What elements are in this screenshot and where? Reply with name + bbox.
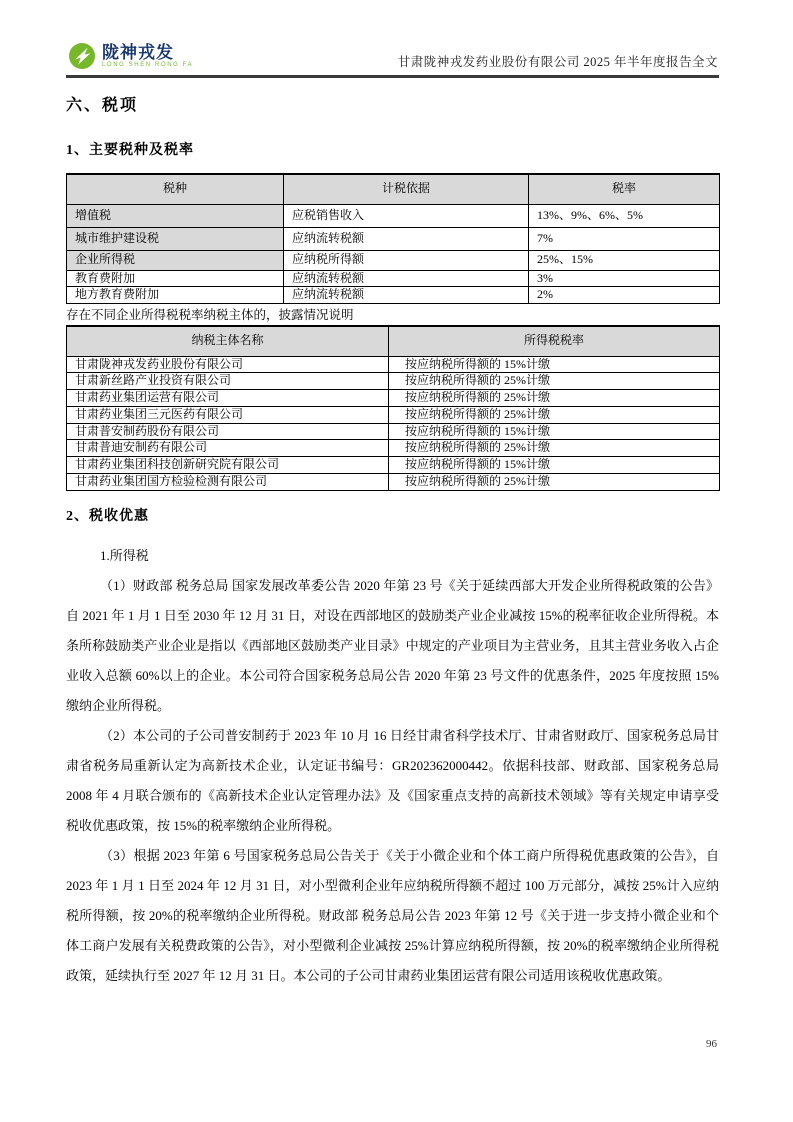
table-cell: 甘肃药业集团科技创新研究院有限公司 [67, 457, 389, 474]
company-logo: 陇神戎发 LONG SHEN RONG FA [68, 42, 193, 70]
table-row: 甘肃普安制药股份有限公司按应纳税所得额的 15%计缴 [67, 423, 720, 440]
taxpayer-entity-table-body: 甘肃陇神戎发药业股份有限公司按应纳税所得额的 15%计缴甘肃新丝路产业投资有限公… [67, 356, 720, 490]
logo-bird-icon [68, 42, 96, 70]
income-tax-label: 1.所得税 [66, 541, 719, 571]
table-row: 甘肃药业集团运营有限公司按应纳税所得额的 25%计缴 [67, 390, 720, 407]
subsection-title-incentives: 2、税收优惠 [66, 505, 149, 525]
table-cell: 应纳税所得额 [284, 250, 529, 270]
table-cell: 3% [529, 270, 720, 287]
table-cell: 企业所得税 [67, 250, 284, 270]
page-number: 96 [706, 1038, 717, 1050]
table-header-row: 税种 计税依据 税率 [67, 174, 720, 204]
table-row: 甘肃新丝路产业投资有限公司按应纳税所得额的 25%计缴 [67, 373, 720, 390]
table-cell: 7% [529, 227, 720, 250]
taxpayer-entity-table: 纳税主体名称 所得税税率 甘肃陇神戎发药业股份有限公司按应纳税所得额的 15%计… [66, 325, 720, 491]
table-row: 甘肃药业集团三元医药有限公司按应纳税所得额的 25%计缴 [67, 406, 720, 423]
incentive-paragraph: （3）根据 2023 年第 6 号国家税务总局公告关于《关于小微企业和个体工商户… [66, 841, 719, 991]
table-row: 甘肃药业集团科技创新研究院有限公司按应纳税所得额的 15%计缴 [67, 457, 720, 474]
table-cell: 按应纳税所得额的 25%计缴 [389, 373, 720, 390]
table-row: 企业所得税应纳税所得额25%、15% [67, 250, 720, 270]
table-cell: 按应纳税所得额的 25%计缴 [389, 440, 720, 457]
table-cell: 应纳流转税额 [284, 287, 529, 304]
table-cell: 城市维护建设税 [67, 227, 284, 250]
table-cell: 甘肃普迪安制药有限公司 [67, 440, 389, 457]
tax-rate-table: 税种 计税依据 税率 增值税应税销售收入13%、9%、6%、5%城市维护建设税应… [66, 173, 720, 304]
table-cell: 按应纳税所得额的 25%计缴 [389, 390, 720, 407]
incentive-paragraph: （2）本公司的子公司普安制药于 2023 年 10 月 16 日经甘肃省科学技术… [66, 721, 719, 841]
table-cell: 按应纳税所得额的 25%计缴 [389, 474, 720, 491]
table-row: 城市维护建设税应纳流转税额7% [67, 227, 720, 250]
table-cell: 甘肃普安制药股份有限公司 [67, 423, 389, 440]
disclosure-note: 存在不同企业所得税税率纳税主体的，披露情况说明 [66, 305, 354, 323]
table-cell: 按应纳税所得额的 15%计缴 [389, 356, 720, 373]
incentives-body: 1.所得税 （1）财政部 税务总局 国家发展改革委公告 2020 年第 23 号… [66, 541, 719, 991]
table-row: 甘肃药业集团国方检验检测有限公司按应纳税所得额的 25%计缴 [67, 474, 720, 491]
table-cell: 按应纳税所得额的 15%计缴 [389, 457, 720, 474]
table-row: 增值税应税销售收入13%、9%、6%、5% [67, 204, 720, 227]
column-header-entity-name: 纳税主体名称 [67, 326, 389, 356]
logo-wordmark: 陇神戎发 LONG SHEN RONG FA [102, 44, 193, 69]
table-cell: 教育费附加 [67, 270, 284, 287]
table-cell: 地方教育费附加 [67, 287, 284, 304]
table-cell: 2% [529, 287, 720, 304]
table-header-row: 纳税主体名称 所得税税率 [67, 326, 720, 356]
incentive-paragraph: （1）财政部 税务总局 国家发展改革委公告 2020 年第 23 号《关于延续西… [66, 571, 719, 721]
table-row: 甘肃陇神戎发药业股份有限公司按应纳税所得额的 15%计缴 [67, 356, 720, 373]
table-cell: 甘肃药业集团运营有限公司 [67, 390, 389, 407]
table-cell: 甘肃新丝路产业投资有限公司 [67, 373, 389, 390]
table-cell: 甘肃药业集团三元医药有限公司 [67, 406, 389, 423]
table-row: 地方教育费附加应纳流转税额2% [67, 287, 720, 304]
table-cell: 甘肃陇神戎发药业股份有限公司 [67, 356, 389, 373]
table-cell: 甘肃药业集团国方检验检测有限公司 [67, 474, 389, 491]
column-header-rate: 税率 [529, 174, 720, 204]
brand-subtitle: LONG SHEN RONG FA [102, 62, 193, 69]
column-header-tax: 税种 [67, 174, 284, 204]
header-rule [66, 75, 719, 78]
table-row: 甘肃普迪安制药有限公司按应纳税所得额的 25%计缴 [67, 440, 720, 457]
table-cell: 25%、15% [529, 250, 720, 270]
subsection-title-tax-rates: 1、主要税种及税率 [66, 139, 194, 159]
table-cell: 13%、9%、6%、5% [529, 204, 720, 227]
document-title: 甘肃陇神戎发药业股份有限公司 2025 年半年度报告全文 [398, 52, 718, 70]
section-title: 六、税项 [66, 92, 138, 115]
table-row: 教育费附加应纳流转税额3% [67, 270, 720, 287]
report-page: 陇神戎发 LONG SHEN RONG FA 甘肃陇神戎发药业股份有限公司 20… [0, 0, 793, 1122]
column-header-basis: 计税依据 [284, 174, 529, 204]
table-cell: 应税销售收入 [284, 204, 529, 227]
table-cell: 按应纳税所得额的 25%计缴 [389, 406, 720, 423]
tax-rate-table-body: 增值税应税销售收入13%、9%、6%、5%城市维护建设税应纳流转税额7%企业所得… [67, 204, 720, 304]
table-cell: 应纳流转税额 [284, 227, 529, 250]
table-cell: 按应纳税所得额的 15%计缴 [389, 423, 720, 440]
column-header-income-tax-rate: 所得税税率 [389, 326, 720, 356]
table-cell: 应纳流转税额 [284, 270, 529, 287]
brand-name: 陇神戎发 [102, 44, 193, 62]
table-cell: 增值税 [67, 204, 284, 227]
